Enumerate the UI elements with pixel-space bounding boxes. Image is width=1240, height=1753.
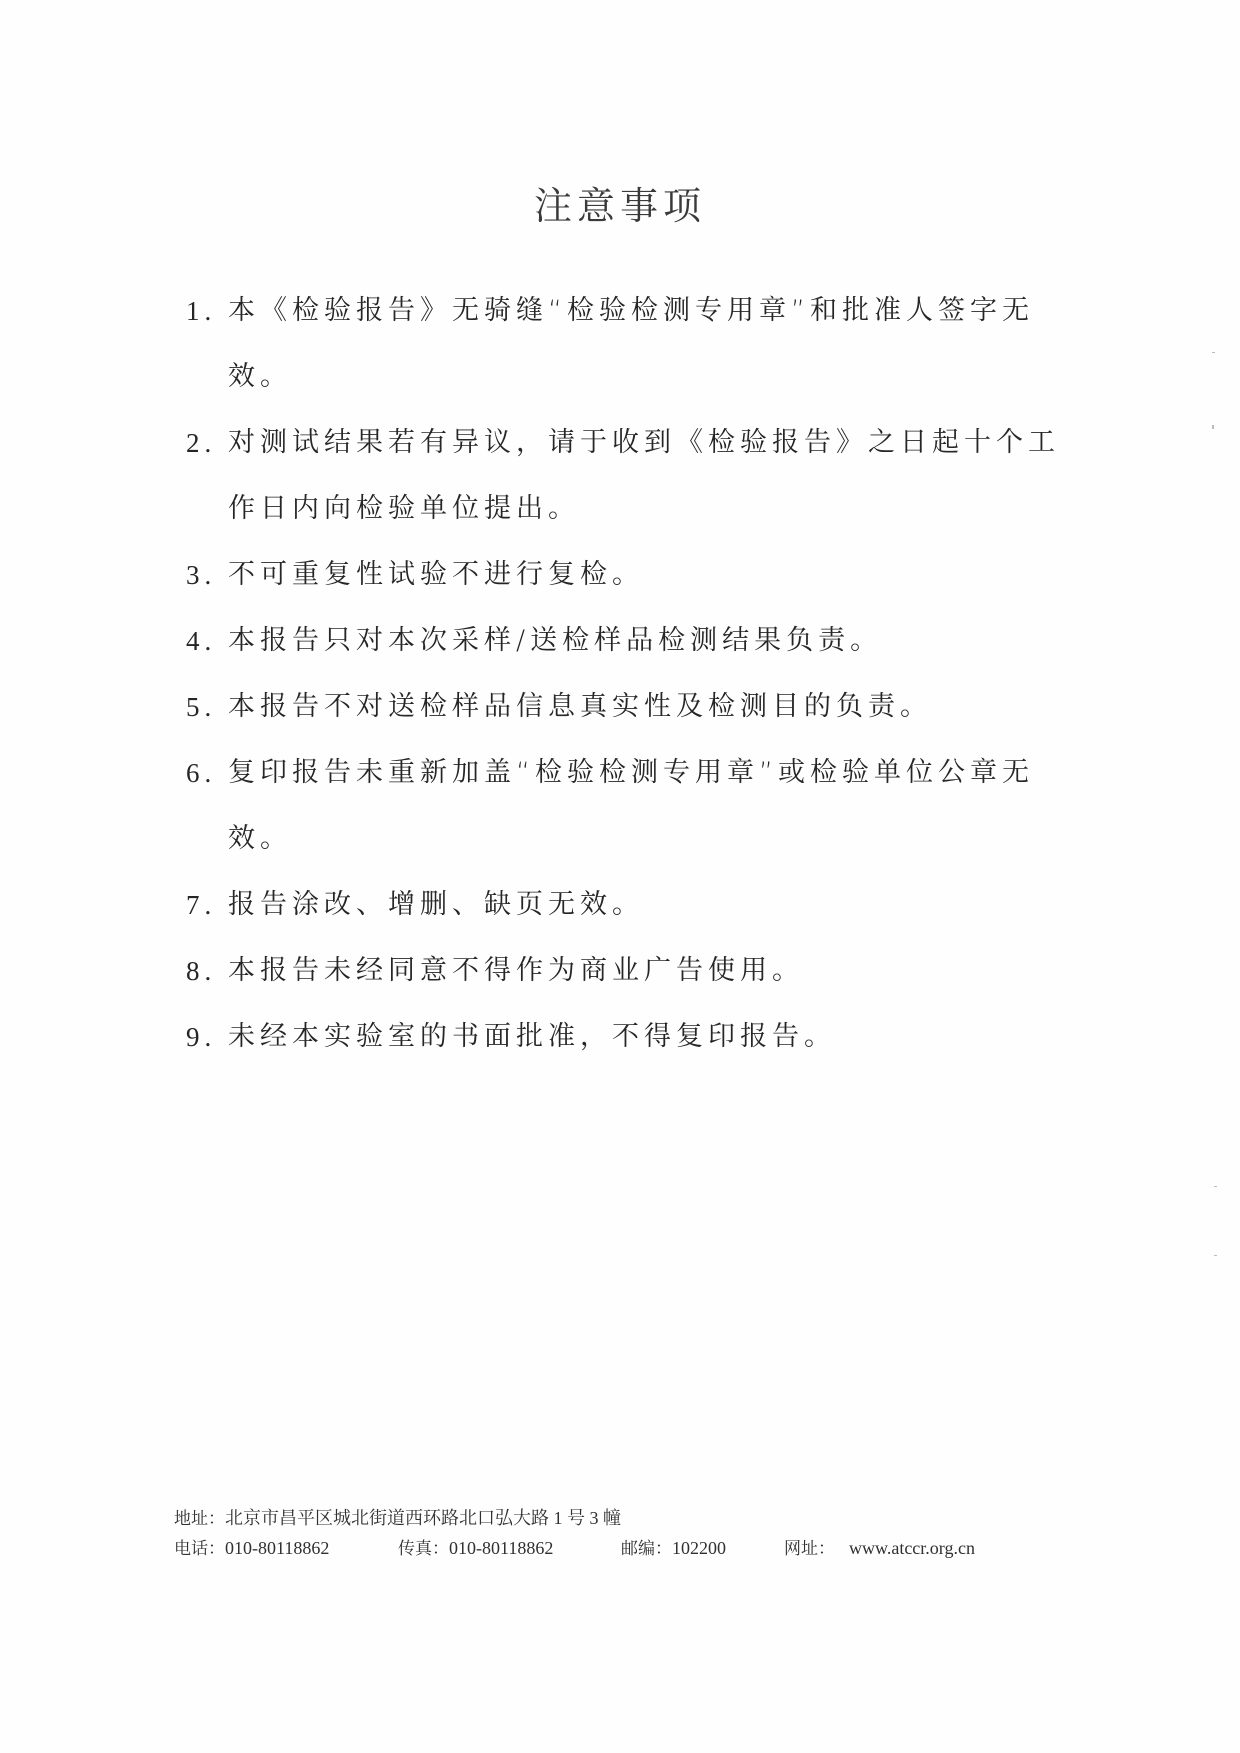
notice-item: 8. 本报告未经同意不得作为商业广告使用。: [186, 938, 1066, 1004]
fax-value: 010-80118862: [449, 1538, 553, 1558]
notice-text: 对测试结果若有异议，请于收到《检验报告》之日起十个工作日内向检验单位提出。: [228, 410, 1066, 542]
website-link[interactable]: www.atccr.org.cn: [849, 1538, 975, 1558]
document-page: 注意事项 1. 本《检验报告》无骑缝“检验检测专用章”和批准人签字无效。 2. …: [0, 0, 1240, 1753]
website-field: 网址：www.atccr.org.cn: [784, 1533, 975, 1564]
notice-text: 本《检验报告》无骑缝“检验检测专用章”和批准人签字无效。: [228, 278, 1066, 410]
notice-number: 6.: [186, 740, 228, 872]
contact-line: 电话：010-80118862传真：010-80118862邮编：102200网…: [174, 1533, 1074, 1563]
postcode-field: 邮编：102200: [621, 1533, 784, 1564]
notice-item: 6. 复印报告未重新加盖“检验检测专用章”或检验单位公章无效。: [186, 740, 1066, 872]
notice-text: 本报告只对本次采样/送检样品检测结果负责。: [228, 608, 1066, 674]
fax-field: 传真：010-80118862: [398, 1533, 621, 1564]
notice-number: 5.: [186, 674, 228, 740]
notice-item: 5. 本报告不对送检样品信息真实性及检测目的负责。: [186, 674, 1066, 740]
notice-number: 7.: [186, 872, 228, 938]
scan-speck: [1212, 352, 1215, 353]
fax-label: 传真：: [398, 1539, 449, 1559]
phone-label: 电话：: [174, 1539, 225, 1559]
notice-number: 1.: [186, 278, 228, 410]
notice-item: 1. 本《检验报告》无骑缝“检验检测专用章”和批准人签字无效。: [186, 278, 1066, 410]
phone-value: 010-80118862: [225, 1538, 329, 1558]
notice-number: 9.: [186, 1004, 228, 1070]
page-title: 注意事项: [0, 175, 1240, 230]
notice-text: 不可重复性试验不进行复检。: [228, 542, 1066, 608]
address-value: 北京市昌平区城北街道西环路北口弘大路 1 号 3 幢: [225, 1508, 621, 1528]
phone-field: 电话：010-80118862: [174, 1533, 398, 1564]
notice-item: 9. 未经本实验室的书面批准，不得复印报告。: [186, 1004, 1066, 1070]
notice-number: 4.: [186, 608, 228, 674]
website-label: 网址：: [784, 1539, 835, 1559]
notice-list: 1. 本《检验报告》无骑缝“检验检测专用章”和批准人签字无效。 2. 对测试结果…: [186, 278, 1066, 1070]
address-line: 地址：北京市昌平区城北街道西环路北口弘大路 1 号 3 幢: [174, 1503, 1074, 1533]
notice-text: 报告涂改、增删、缺页无效。: [228, 872, 1066, 938]
scan-speck: [1214, 1255, 1217, 1256]
notice-number: 8.: [186, 938, 228, 1004]
notice-text: 本报告未经同意不得作为商业广告使用。: [228, 938, 1066, 1004]
scan-speck: [1214, 1186, 1217, 1187]
notice-item: 2. 对测试结果若有异议，请于收到《检验报告》之日起十个工作日内向检验单位提出。: [186, 410, 1066, 542]
scan-speck: [1212, 425, 1214, 429]
notice-item: 4. 本报告只对本次采样/送检样品检测结果负责。: [186, 608, 1066, 674]
postcode-value: 102200: [672, 1538, 726, 1558]
notice-text: 本报告不对送检样品信息真实性及检测目的负责。: [228, 674, 1066, 740]
address-label: 地址：: [174, 1509, 225, 1529]
notice-number: 2.: [186, 410, 228, 542]
notice-text: 复印报告未重新加盖“检验检测专用章”或检验单位公章无效。: [228, 740, 1066, 872]
notice-item: 3. 不可重复性试验不进行复检。: [186, 542, 1066, 608]
notice-number: 3.: [186, 542, 228, 608]
notice-item: 7. 报告涂改、增删、缺页无效。: [186, 872, 1066, 938]
postcode-label: 邮编：: [621, 1539, 672, 1559]
notice-text: 未经本实验室的书面批准，不得复印报告。: [228, 1004, 1066, 1070]
contact-footer: 地址：北京市昌平区城北街道西环路北口弘大路 1 号 3 幢 电话：010-801…: [174, 1503, 1074, 1563]
